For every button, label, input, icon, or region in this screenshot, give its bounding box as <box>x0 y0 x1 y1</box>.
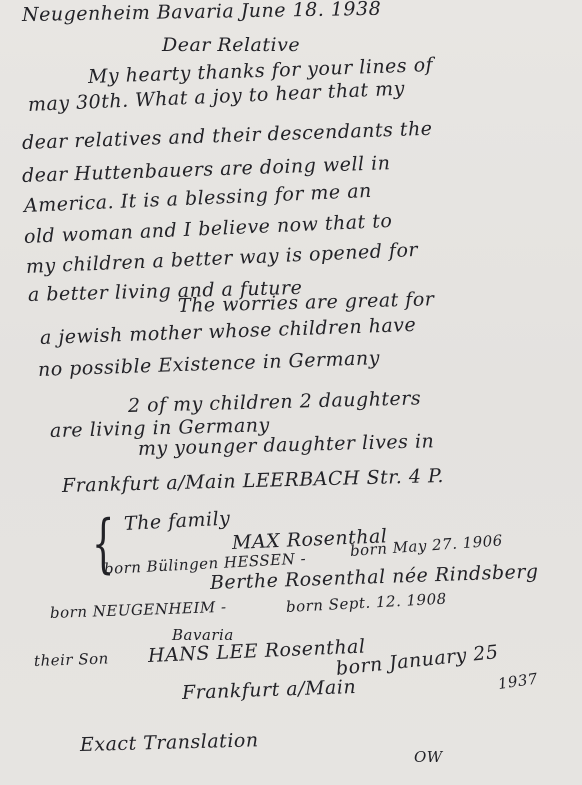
translation-note: Exact Translation <box>80 729 259 756</box>
son-birthplace: Frankfurt a/Main <box>182 676 357 704</box>
place-date-line: Neugenheim Bavaria June 18. 1938 <box>22 0 382 26</box>
address-line: Frankfurt a/Main LEERBACH Str. 4 P. <box>62 465 445 497</box>
body-line: America. It is a blessing for me an <box>24 180 373 217</box>
salutation: Dear Relative <box>162 34 300 56</box>
body-line: 2 of my children 2 daughters <box>128 387 422 417</box>
wife-birthdate: born Sept. 12. 1908 <box>286 590 448 616</box>
body-line: a jewish mother whose children have <box>40 314 417 349</box>
son-label: their Son <box>34 649 109 670</box>
translator-initials: OW <box>414 748 443 766</box>
wife-birthplace: born NEUGENHEIM - <box>50 598 227 622</box>
family-label: The family <box>123 507 230 535</box>
letter-page: Neugenheim Bavaria June 18. 1938 Dear Re… <box>0 0 582 785</box>
body-line: no possible Existence in Germany <box>38 347 381 381</box>
son-birthyear: 1937 <box>497 669 539 692</box>
body-line: dear relatives and their descendants the <box>22 118 433 154</box>
